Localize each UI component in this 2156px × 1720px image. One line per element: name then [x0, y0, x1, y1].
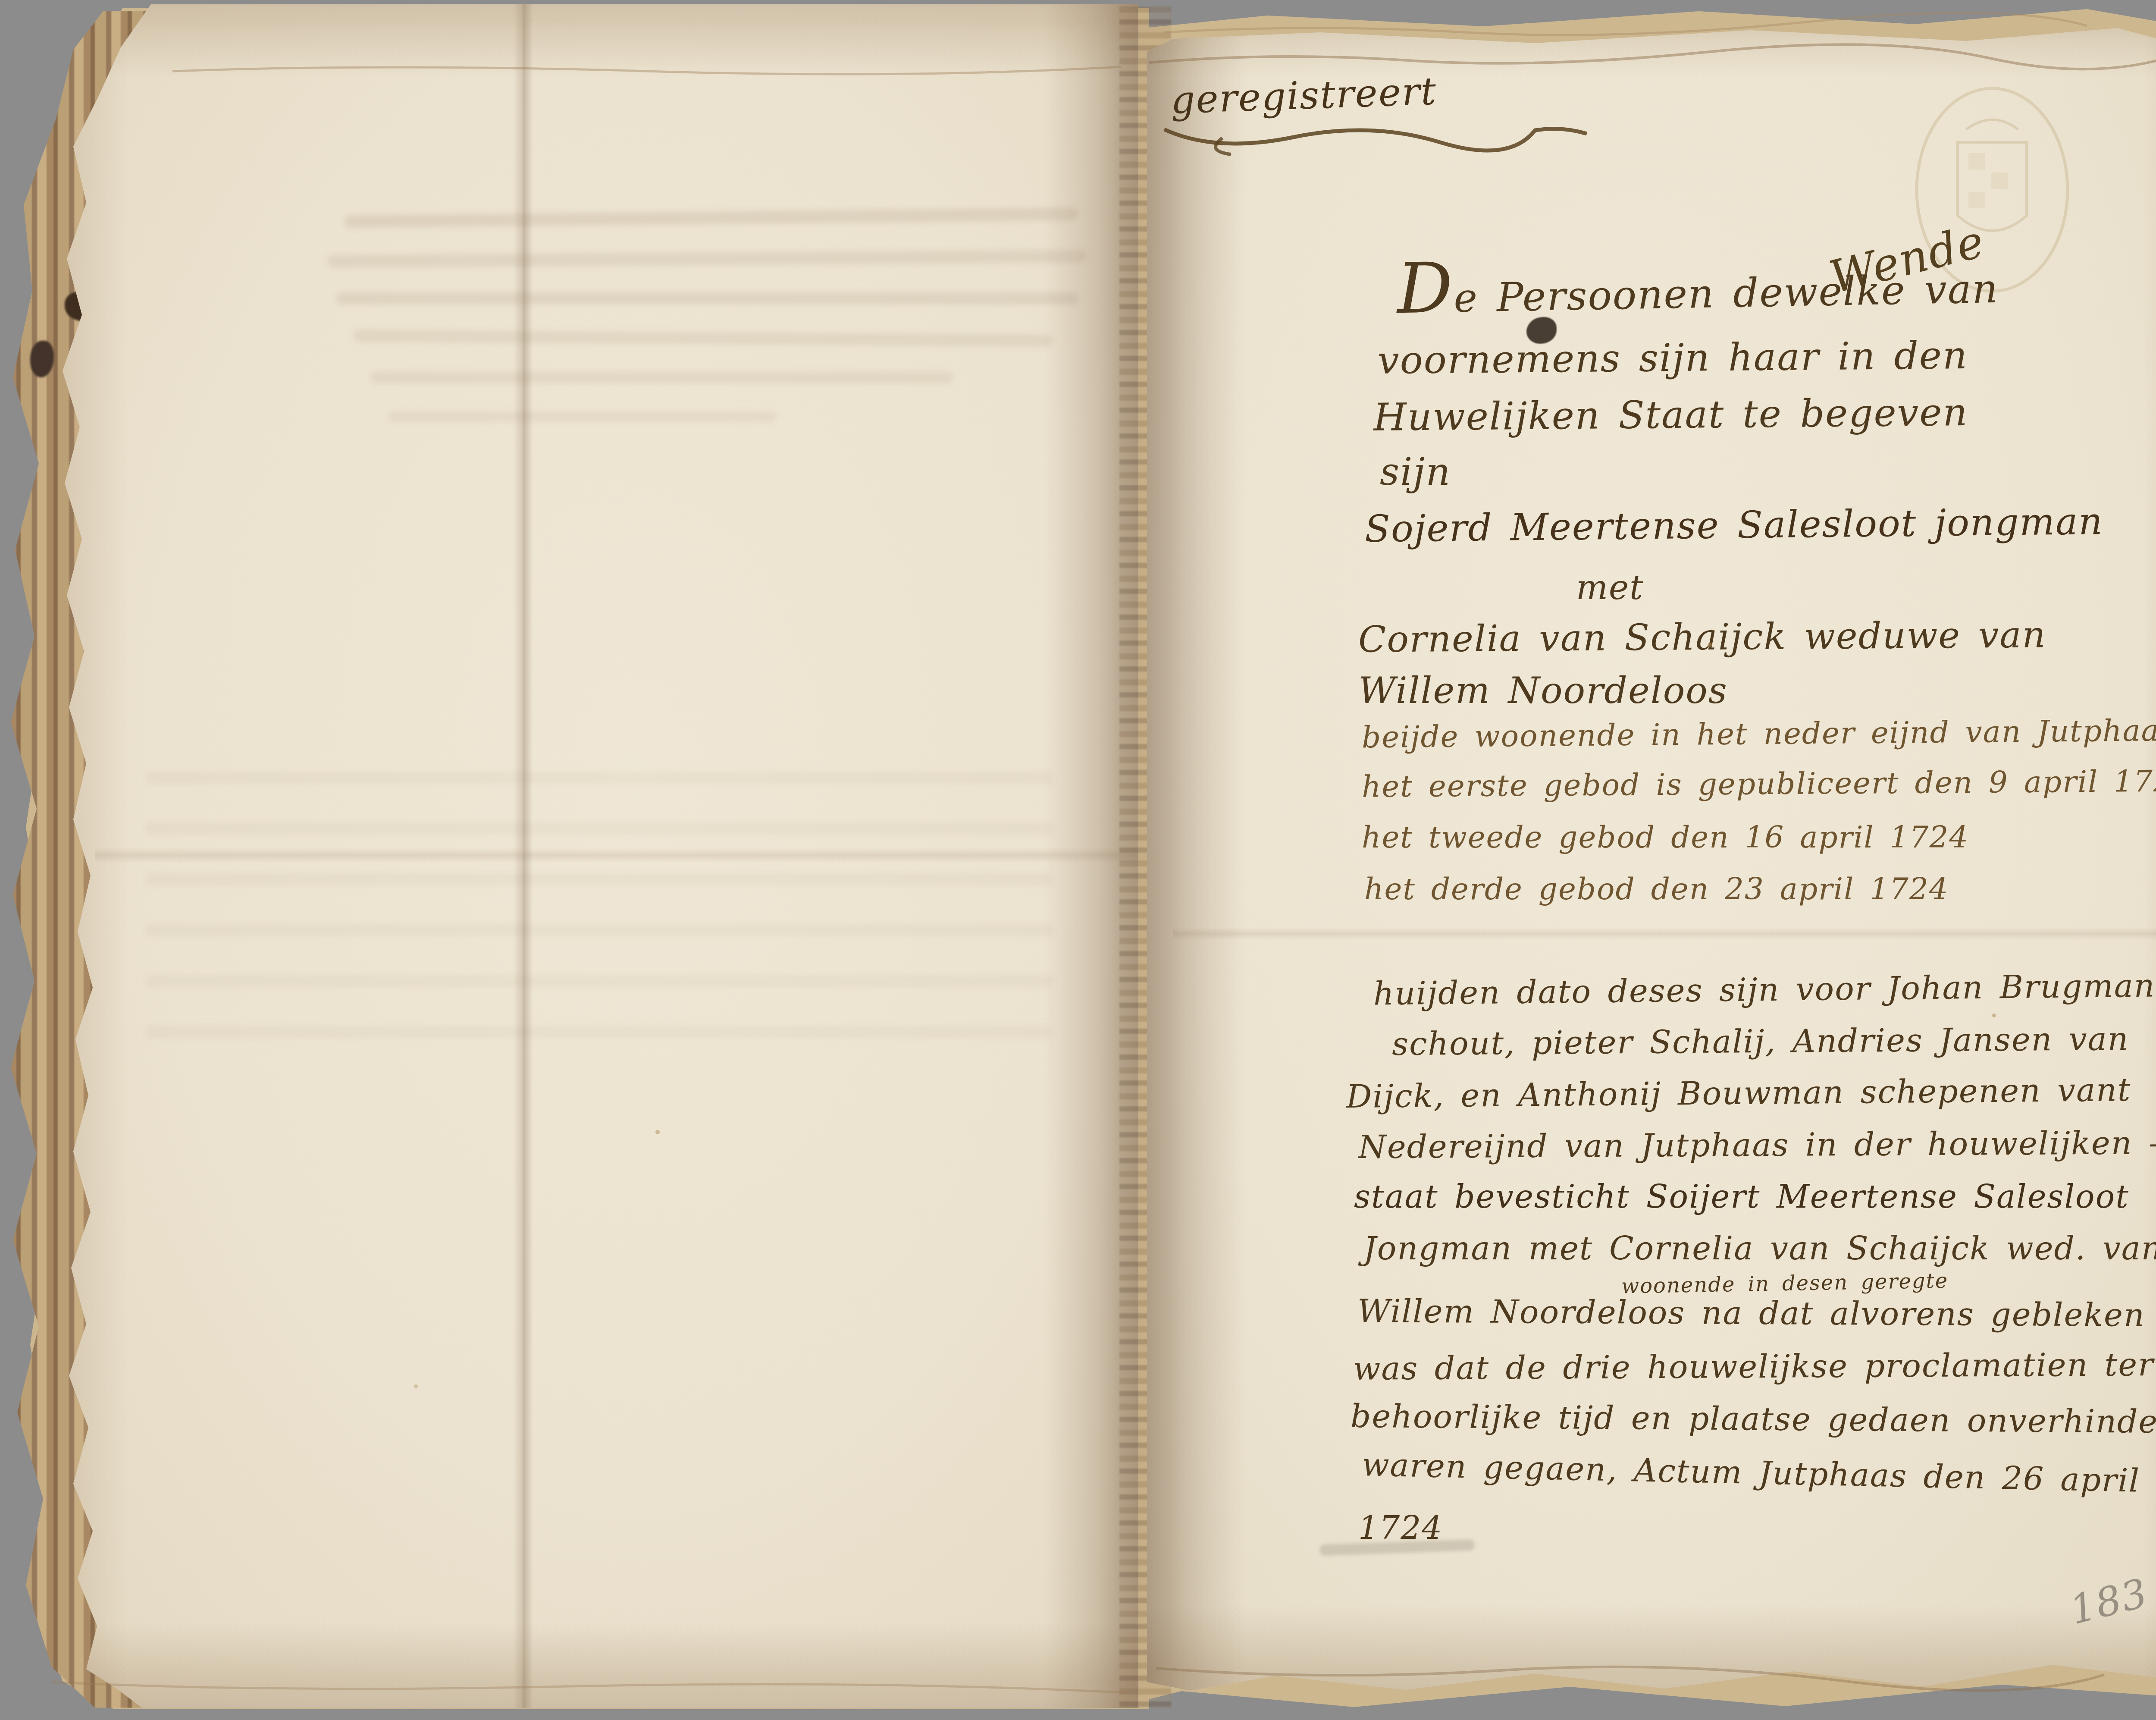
paper-speck [1708, 643, 1712, 647]
intro-line-4: sijn [1380, 449, 1451, 494]
act-line-11: 1724 [1358, 1510, 1443, 1547]
act-line-9: behoorlijke tijd en plaatse gedaen onver… [1351, 1398, 2156, 1441]
act-line-6: Jongman met Cornelia van Schaijck wed. v… [1363, 1230, 2156, 1267]
bride-line-2: Willem Noordeloos [1358, 669, 1728, 712]
act-line-7: Willem Noordeloos na dat alvorens geblek… [1357, 1293, 2145, 1334]
paper-speck [655, 1130, 660, 1134]
conjunction-met: met [1576, 568, 1644, 607]
intro-line-3: Huwelijken Staat te begeven [1373, 390, 1968, 439]
act-line-3: Dijck, en Anthonij Bouwman schepenen van… [1346, 1071, 2131, 1115]
scanned-register-spread: geregistreert Wende De Persoonen dewelke… [0, 0, 2156, 1720]
banns-first: het eerste gebod is gepubliceert den 9 a… [1362, 764, 2156, 804]
residence-line: beijde woonende in het neder eijnd van J… [1362, 713, 2156, 755]
groom-line: Sojerd Meertense Salesloot jongman [1365, 500, 2104, 551]
bride-line-1: Cornelia van Schaijck weduwe van [1358, 613, 2046, 660]
paper-speck [414, 1384, 418, 1388]
banns-second: het tweede gebod den 16 april 1724 [1362, 820, 1969, 855]
act-line-4: Nedereijnd van Jutphaas in der houwelijk… [1358, 1124, 2156, 1166]
act-line-5: staat bevesticht Soijert Meertense Sales… [1354, 1178, 2129, 1215]
banns-third: het derde gebod den 23 april 1724 [1364, 872, 1949, 907]
act-line-2: schout, pieter Schalij, Andries Jansen v… [1392, 1020, 2129, 1063]
paper-speck [1992, 1014, 1996, 1017]
act-line-8: was dat de drie houwelijkse proclamatien… [1353, 1346, 2154, 1387]
intro-line-2: voornemens sijn haar in den [1378, 333, 1968, 383]
registration-note: geregistreert [1170, 69, 1437, 122]
intro-line-1: De Persoonen dewelke van [1397, 258, 1999, 322]
